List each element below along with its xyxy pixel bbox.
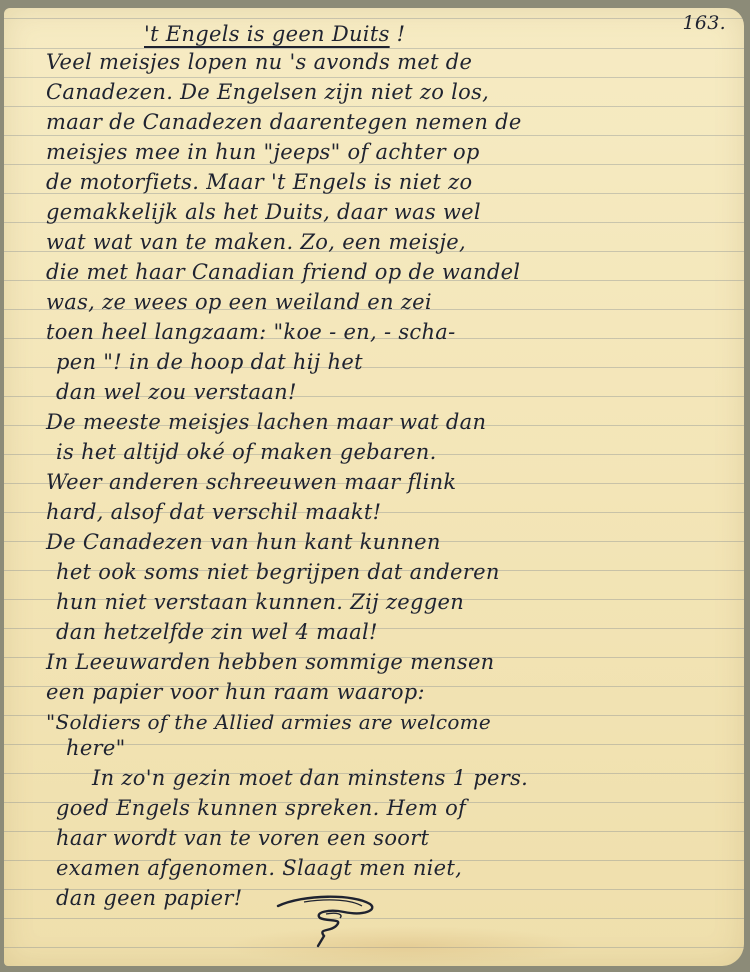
text-line: die met haar Canadian friend op de wande…	[46, 260, 520, 284]
text-line: is het altijd oké of maken gebaren.	[56, 440, 437, 464]
text-line: hun niet verstaan kunnen. Zij zeggen	[56, 590, 464, 614]
text-line: toen heel langzaam: "koe - en, - scha-	[46, 320, 456, 344]
notebook-page: 163. 't Engels is geen Duits ! Veel meis…	[4, 8, 744, 966]
text-line: Canadezen. De Engelsen zijn niet zo los,	[46, 80, 489, 104]
text-line: een papier voor hun raam waarop:	[46, 680, 425, 704]
text-line: gemakkelijk als het Duits, daar was wel	[46, 200, 481, 224]
page-number: 163.	[682, 12, 726, 34]
page-title: 't Engels is geen Duits !	[144, 22, 405, 46]
text-line: goed Engels kunnen spreken. Hem of	[56, 796, 466, 820]
text-line: Weer anderen schreeuwen maar flink	[46, 470, 456, 494]
text-line: maar de Canadezen daarentegen nemen de	[46, 110, 522, 134]
text-line: In Leeuwarden hebben sommige mensen	[46, 650, 495, 674]
text-line: dan geen papier!	[56, 886, 243, 910]
text-line: meisjes mee in hun "jeeps" of achter op	[46, 140, 480, 164]
text-line: wat wat van te maken. Zo, een meisje,	[46, 230, 466, 254]
text-line: was, ze wees op een weiland en zei	[46, 290, 432, 314]
text-line: In zo'n gezin moet dan minstens 1 pers.	[92, 766, 528, 790]
title-text: 't Engels is geen Duits	[144, 22, 390, 46]
text-line: Veel meisjes lopen nu 's avonds met de	[46, 50, 472, 74]
text-line: "Soldiers of the Allied armies are welco…	[46, 710, 491, 734]
text-line: hard, alsof dat verschil maakt!	[46, 500, 381, 524]
text-line: pen "! in de hoop dat hij het	[56, 350, 363, 374]
signature-flourish-icon	[274, 892, 394, 952]
text-line: examen afgenomen. Slaagt men niet,	[56, 856, 462, 880]
text-line: De meeste meisjes lachen maar wat dan	[46, 410, 486, 434]
text-line: De Canadezen van hun kant kunnen	[46, 530, 441, 554]
text-line: dan hetzelfde zin wel 4 maal!	[56, 620, 378, 644]
text-line: haar wordt van te voren een soort	[56, 826, 429, 850]
text-line: here"	[66, 736, 126, 760]
text-line: dan wel zou verstaan!	[56, 380, 297, 404]
text-line: de motorfiets. Maar 't Engels is niet zo	[46, 170, 472, 194]
text-line: het ook soms niet begrijpen dat anderen	[56, 560, 500, 584]
title-exclamation: !	[397, 22, 406, 46]
